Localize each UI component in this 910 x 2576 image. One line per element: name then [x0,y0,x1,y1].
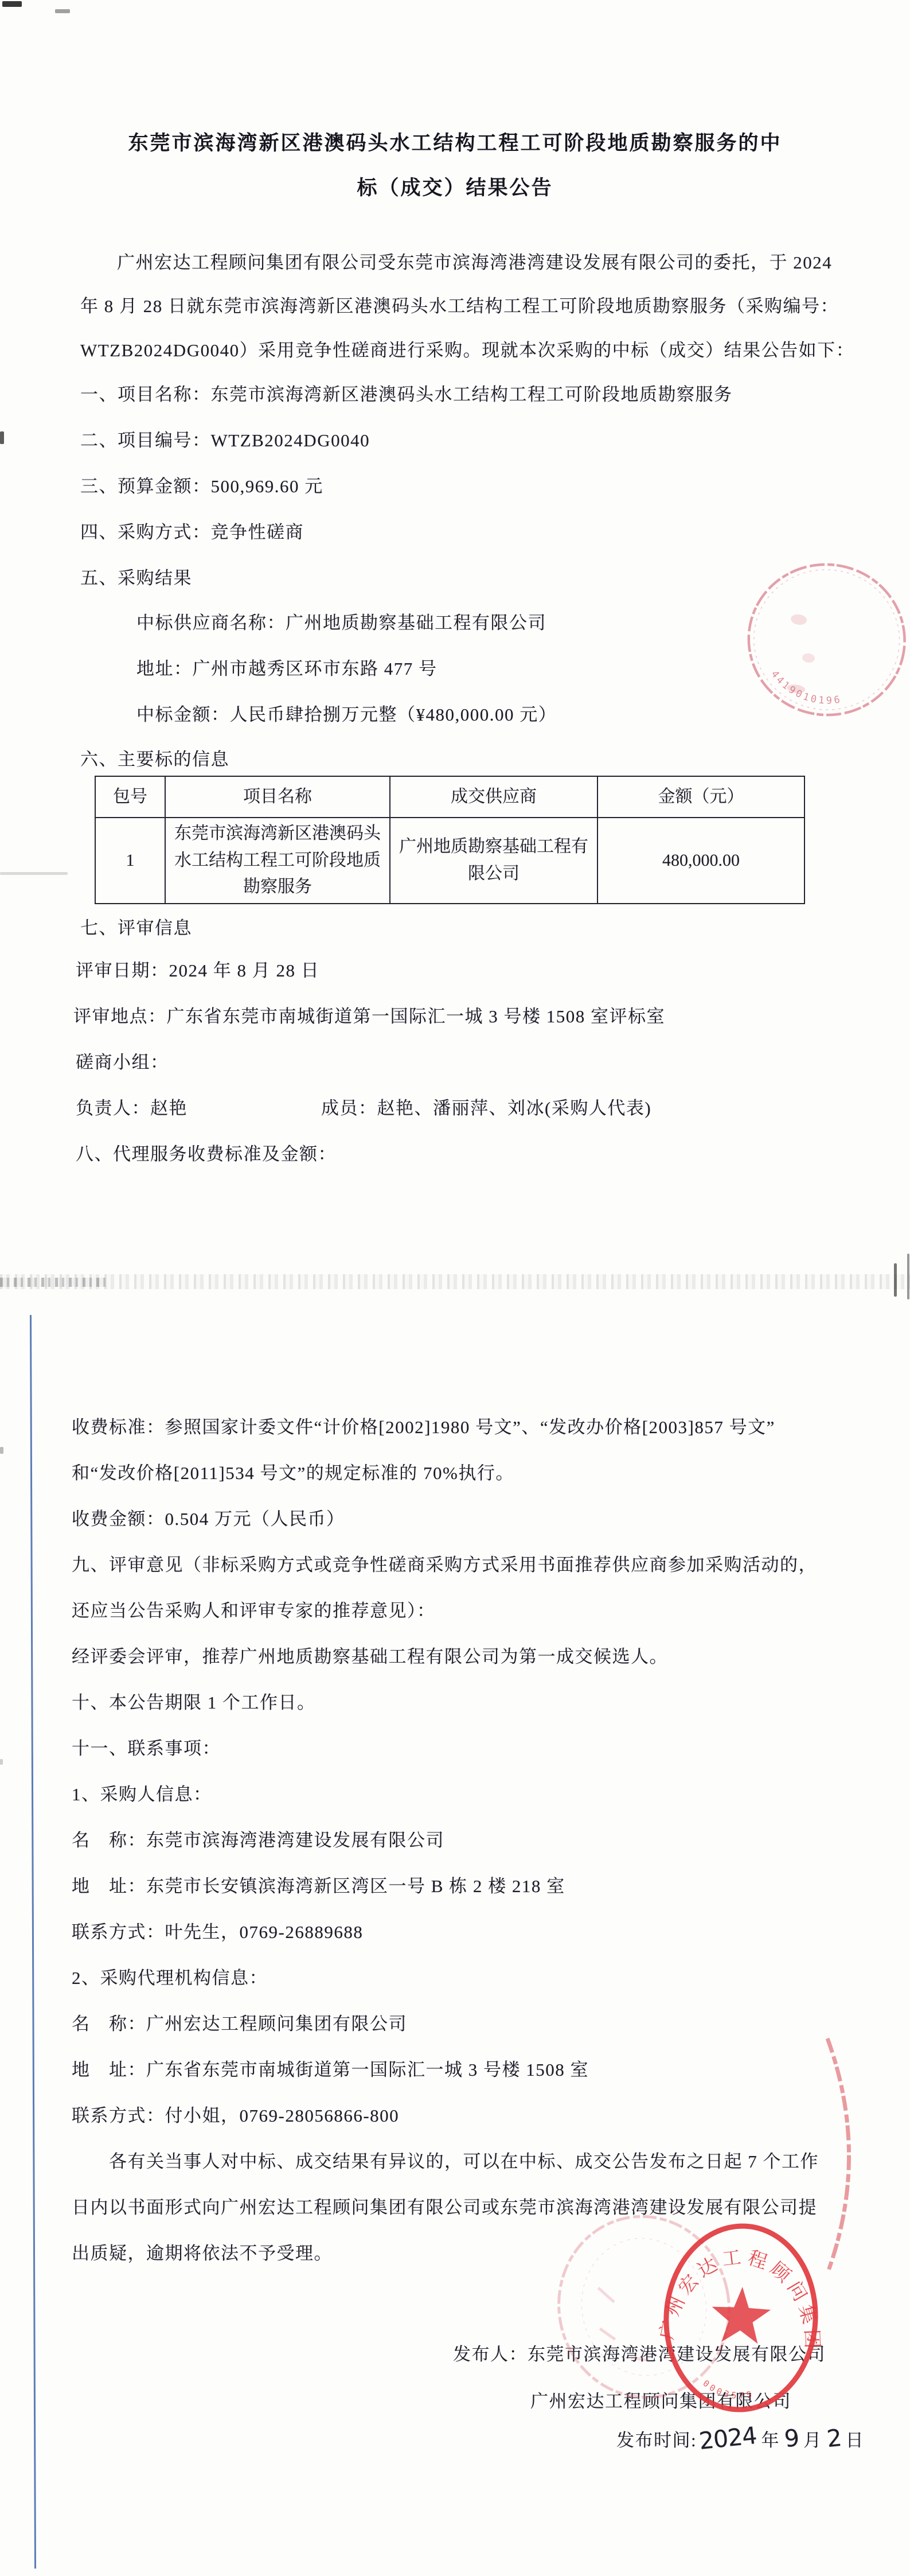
review-place: 评审地点：广东省东莞市南城街道第一国际汇一城 3 号楼 1508 室评标室 [73,1002,665,1028]
doc-title-line1: 东莞市滨海湾新区港澳码头水工结构工程工可阶段地质勘察服务的中 [0,127,910,156]
col-header-amount: 金额（元） [597,776,804,818]
scan-speck [0,1447,3,1454]
cell-supplier: 广州地质勘察基础工程有限公司 [390,818,597,904]
scan-speck [0,431,4,444]
review-date: 评审日期：2024 年 8 月 28 日 [76,956,319,982]
scan-streak [0,872,68,875]
table-header-row: 包号 项目名称 成交供应商 金额（元） [95,776,804,818]
fee-standard-line2: 和“发改价格[2011]534 号文”的规定标准的 70%执行。 [72,1458,514,1484]
scanned-document: 东莞市滨海湾新区港澳码头水工结构工程工可阶段地质勘察服务的中 标（成交）结果公告… [0,0,910,2576]
cell-package-no: 1 [95,818,165,904]
page-edge-mark [907,1254,909,1299]
section-review-info: 七、评审信息 [80,913,192,939]
page-break-shadow [0,1274,910,1289]
svg-text:4419010196: 4419010196 [766,667,847,709]
publish-time-label: 发布时间: [616,2430,697,2450]
winner-amount: 中标金额：人民币肆拾捌万元整（¥480,000.00 元） [136,700,557,726]
section-agency-fee: 八、代理服务收费标准及金额： [76,1139,337,1165]
group-leader: 负责人：赵艳 [76,1094,188,1119]
scan-speck [0,1759,3,1765]
agent-info-header: 2、采购代理机构信息： [72,1963,268,1989]
section-review-opinion-1: 九、评审意见（非标采购方式或竞争性磋商采购方式采用书面推荐供应商参加采购活动的， [72,1550,817,1576]
intro-line-3: WTZB2024DG0040）采用竞争性磋商进行采购。现就本次采购的中标（成交）… [80,336,854,361]
intro-line-1: 广州宏达工程顾问集团有限公司受东莞市滨海湾港湾建设发展有限公司的委托，于 202… [117,248,832,274]
col-header-supplier: 成交供应商 [390,776,597,818]
agent-address: 地 址：广东省东莞市南城街道第一国际汇一城 3 号楼 1508 室 [72,2055,589,2081]
agent-contact: 联系方式：付小姐，0769-28056866-800 [72,2101,399,2127]
winner-address: 地址：广州市越秀区环市东路 477 号 [136,654,438,680]
winner-name: 中标供应商名称：广州地质勘察基础工程有限公司 [136,608,546,634]
handwritten-month: 9 [783,2424,800,2453]
section-notice-period: 十、本公告期限 1 个工作日。 [72,1688,316,1714]
fee-amount: 收费金额：0.504 万元（人民币） [72,1504,345,1530]
seal-ring-text: 广州宏达工程顾问集团有限公司 [652,2215,830,2355]
unit-month: 月 [803,2430,822,2450]
group-members: 成员：赵艳、潘丽萍、刘冰(采购人代表) [321,1094,651,1119]
col-header-project: 项目名称 [165,776,390,818]
page-break-shadow-left [0,1278,106,1287]
section-method: 四、采购方式：竞争性磋商 [80,517,304,543]
buyer-contact: 联系方式：叶先生，0769-26889688 [72,1917,363,1943]
agent-name: 名 称：广州宏达工程顾问集团有限公司 [72,2009,407,2035]
seal-serial-page1: 4419010196 [766,667,847,709]
buyer-name: 名 称：东莞市滨海湾港湾建设发展有限公司 [72,1826,444,1851]
scan-speck [55,9,70,13]
section-main-subject: 六、主要标的信息 [80,745,229,771]
col-header-package: 包号 [95,776,165,818]
group-label: 磋商小组： [76,1048,169,1073]
handwritten-day: 2 [825,2424,842,2453]
section-contact: 十一、联系事项： [72,1734,221,1760]
red-seal-arc-fragment [817,2034,874,2275]
table-row: 1 东莞市滨海湾新区港澳码头水工结构工程工可阶段地质勘察服务 广州地质勘察基础工… [95,818,804,904]
objection-line1: 各有关当事人对中标、成交结果有异议的，可以在中标、成交公告发布之日起 7 个工作 [109,2147,819,2173]
section-project-name: 一、项目名称：东莞市滨海湾新区港澳码头水工结构工程工可阶段地质勘察服务 [80,380,733,406]
unit-year: 年 [761,2430,780,2450]
page-edge-mark [894,1263,897,1297]
handwritten-year: 2024 [698,2422,758,2455]
publisher-line2: 广州宏达工程顾问集团有限公司 [530,2387,791,2412]
publish-time-line: 发布时间:2024年9月2日 [616,2425,866,2452]
objection-line2: 日内以书面形式向广州宏达工程顾问集团有限公司或东莞市滨海湾港湾建设发展有限公司提 [72,2193,817,2219]
scan-speck [2,1,22,7]
svg-text:广州宏达工程顾问集团有限公司: 广州宏达工程顾问集团有限公司 [652,2215,830,2355]
page2-left-edge-line [30,1315,36,2569]
cell-project-name: 东莞市滨海湾新区港澳码头水工结构工程工可阶段地质勘察服务 [165,818,390,904]
publisher-line1: 发布人：东莞市滨海湾港湾建设发展有限公司 [453,2340,826,2365]
buyer-address: 地 址：东莞市长安镇滨海湾新区湾区一号 B 栋 2 楼 218 室 [72,1871,565,1897]
unit-day: 日 [846,2430,865,2450]
section-review-opinion-2: 还应当公告采购人和评审专家的推荐意见）： [72,1596,436,1622]
red-seal-page1: 4419010196 [730,548,910,737]
buyer-info-header: 1、采购人信息： [72,1780,212,1805]
fee-standard-line1: 收费标准：参照国家计委文件“计价格[2002]1980 号文”、“发改办价格[2… [72,1412,775,1438]
section-result: 五、采购结果 [80,563,192,589]
objection-line3: 出质疑，逾期将依法不予受理。 [72,2239,333,2264]
doc-title-line2: 标（成交）结果公告 [0,172,910,201]
intro-line-2: 年 8 月 28 日就东莞市滨海湾新区港澳码头水工结构工程工可阶段地质勘察服务（… [80,291,839,317]
seal-star-icon [710,2285,772,2344]
review-opinion-text: 经评委会评审，推荐广州地质勘察基础工程有限公司为第一成交候选人。 [72,1642,668,1668]
cell-amount: 480,000.00 [597,818,804,904]
bid-result-table: 包号 项目名称 成交供应商 金额（元） 1 东莞市滨海湾新区港澳码头水工结构工程… [95,776,805,904]
section-project-code: 二、项目编号：WTZB2024DG0040 [80,426,370,452]
section-budget: 三、预算金额：500,969.60 元 [80,472,323,497]
